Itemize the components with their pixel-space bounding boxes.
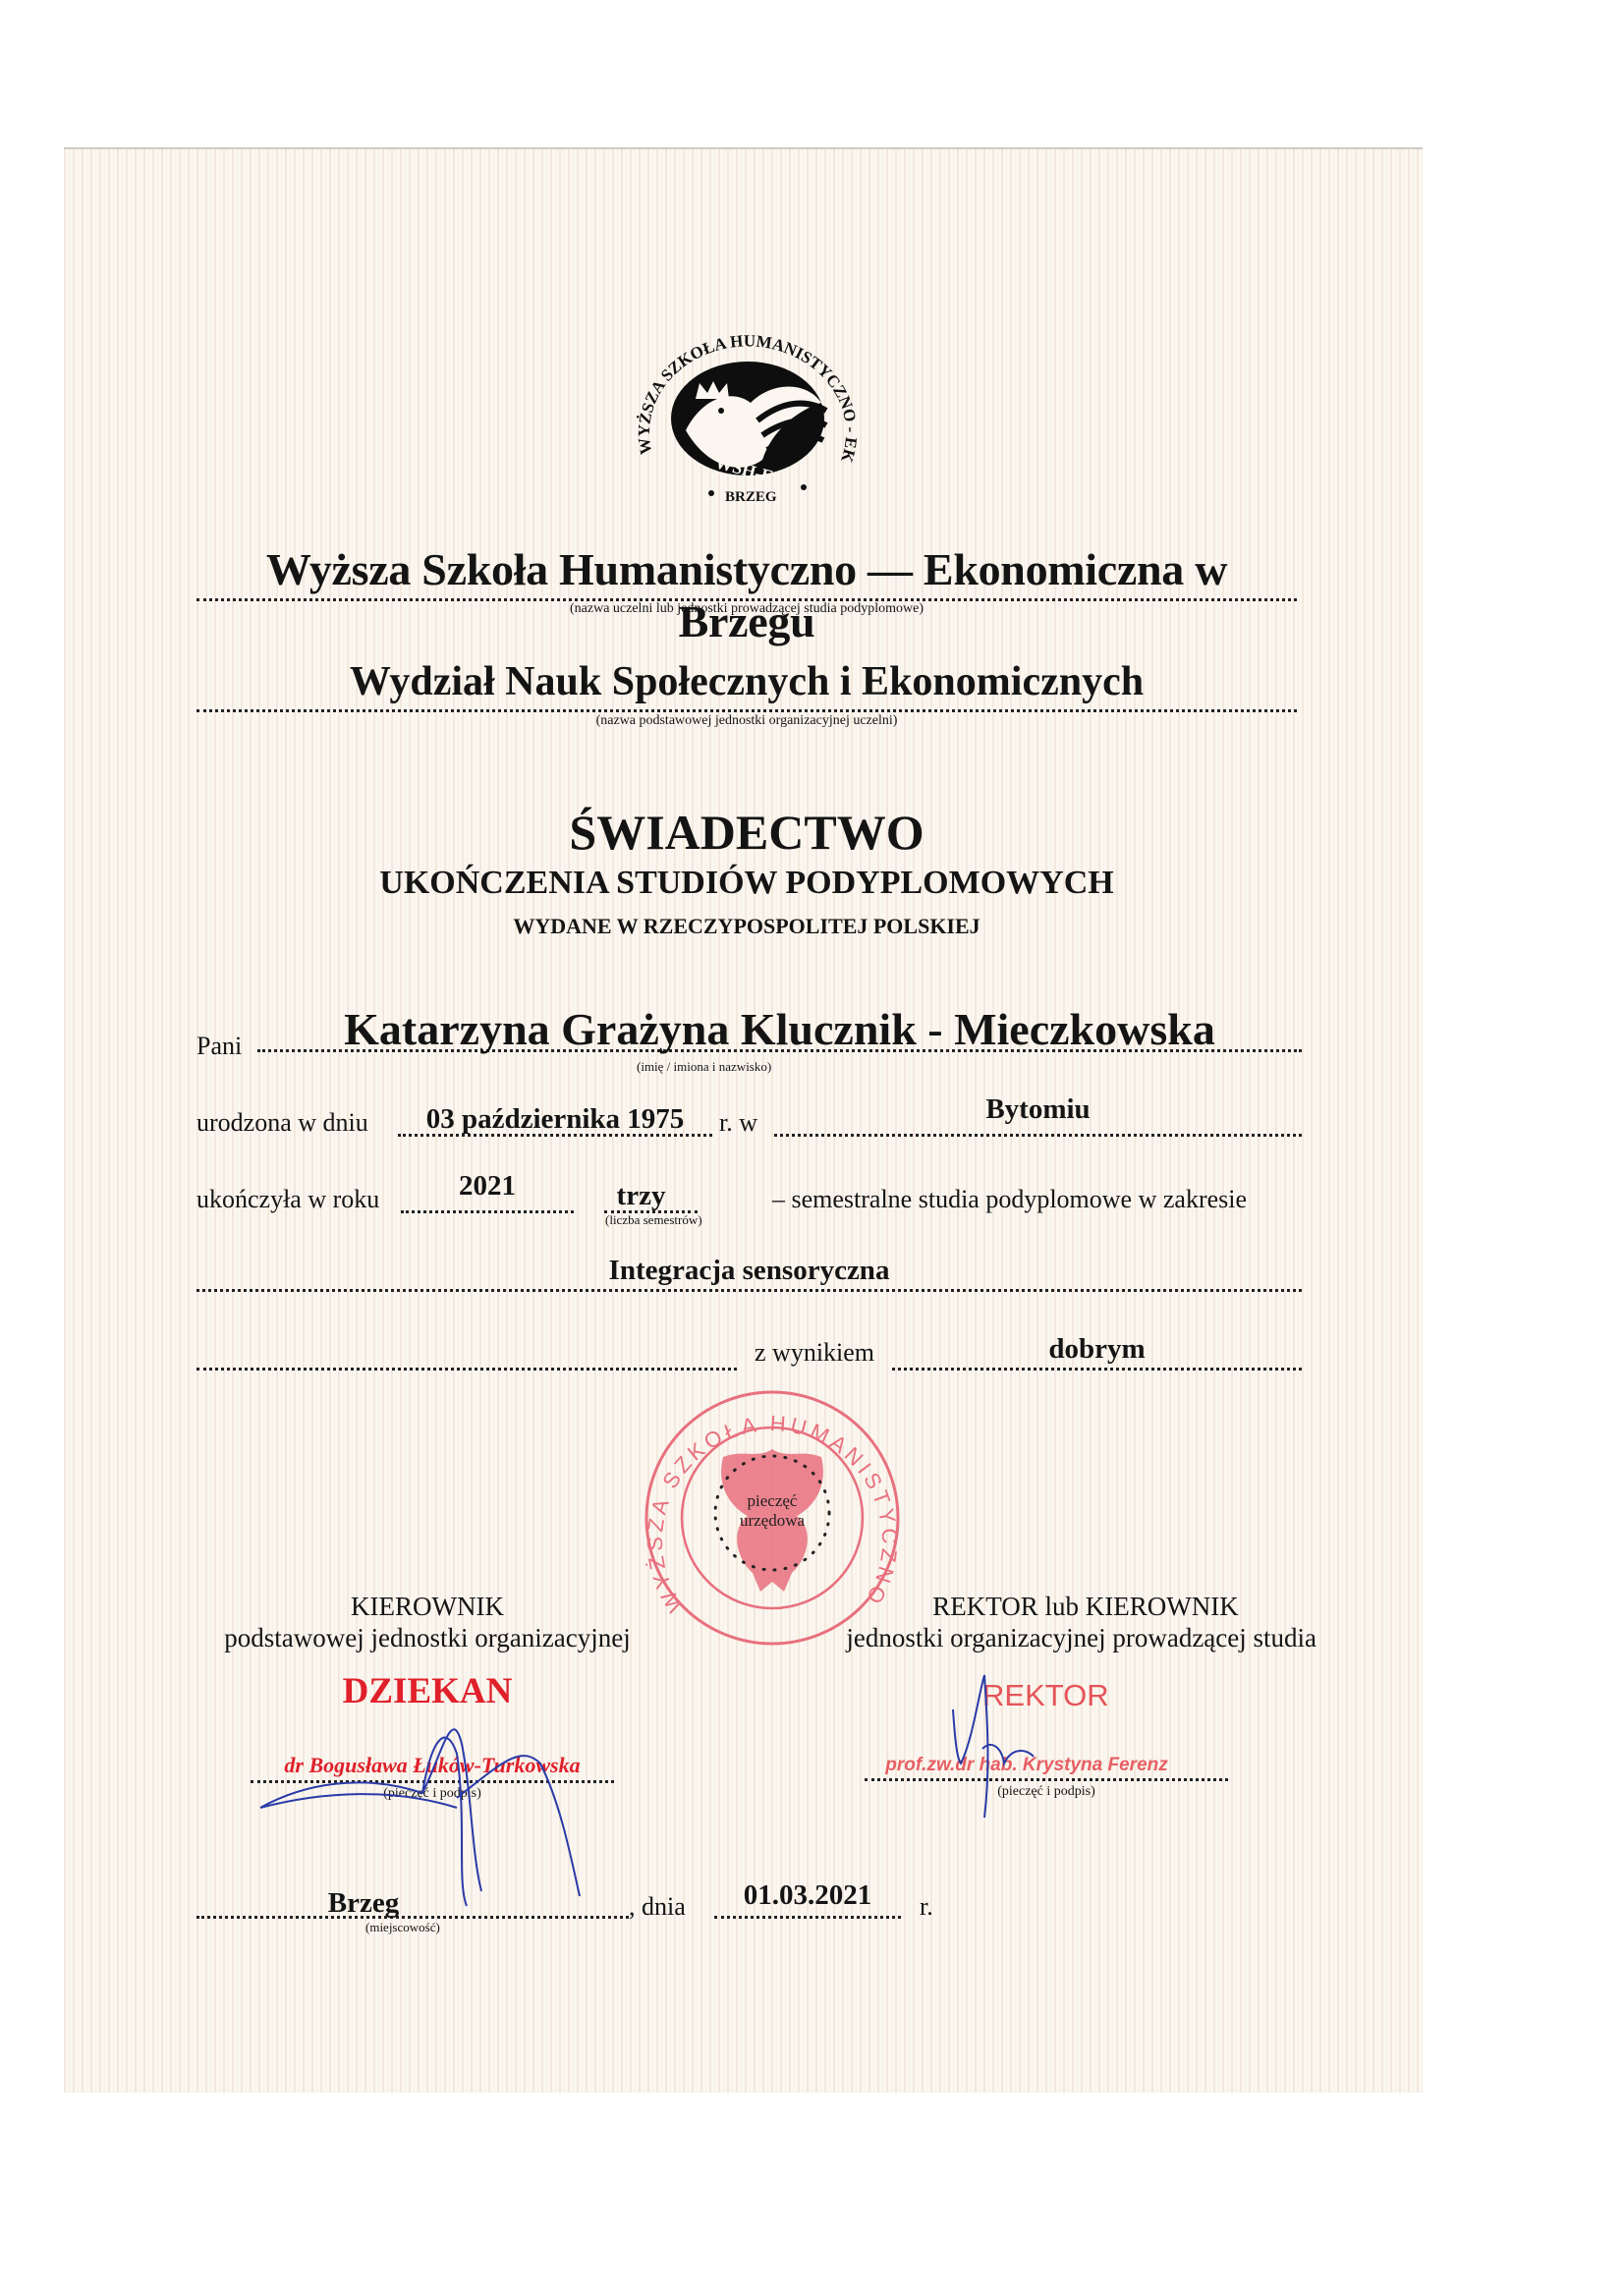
holder-name-field: Katarzyna Grażyna Klucznik - Mieczkowska <box>257 1002 1302 1052</box>
university-name-caption: (nazwa uczelni lub jednostki prowadzącej… <box>196 601 1297 617</box>
issue-date: 01.03.2021 <box>714 1879 901 1912</box>
completion-year-field: 2021 <box>401 1169 574 1213</box>
right-signatory-title: REKTOR lub KIEROWNIK <box>855 1592 1316 1622</box>
svg-text:urzędowa: urzędowa <box>740 1511 806 1530</box>
svg-text:pieczęć: pieczęć <box>748 1491 798 1510</box>
issue-date-suffix: r. <box>920 1892 933 1922</box>
completion-suffix: – semestralne studia podyplomowe w zakre… <box>772 1185 1247 1214</box>
result-prefix: z wynikiem <box>755 1338 874 1368</box>
birth-date: 03 października 1975 <box>398 1103 712 1136</box>
issue-place: Brzeg <box>196 1887 531 1920</box>
issue-place-caption: (miejscowość) <box>365 1920 440 1935</box>
certificate-issued-in: WYDANE W RZECZYPOSPOLITEJ POLSKIEJ <box>196 914 1297 939</box>
field-of-study-line: Integracja sensoryczna <box>196 1248 1302 1292</box>
issue-place-field: Brzeg <box>196 1875 629 1919</box>
dove-with-crown-icon: WYŻSZA SZKOŁA HUMANISTYCZNO - EKONOMICZN… <box>625 312 870 509</box>
university-logo: WYŻSZA SZKOŁA HUMANISTYCZNO - EKONOMICZN… <box>625 312 870 509</box>
result-field: dobrym <box>892 1324 1302 1371</box>
semesters-count: trzy <box>604 1180 678 1212</box>
semesters-field: trzy <box>604 1169 698 1213</box>
birth-place: Bytomiu <box>774 1093 1302 1126</box>
svg-text:BRZEG: BRZEG <box>725 489 777 505</box>
holder-prefix: Pani <box>196 1032 242 1061</box>
issue-date-field: 01.03.2021 <box>714 1875 901 1919</box>
semesters-caption: (liczba semestrów) <box>605 1212 702 1228</box>
faculty-name: Wydział Nauk Społecznych i Ekonomicznych <box>196 658 1297 712</box>
result-value: dobrym <box>892 1333 1302 1366</box>
birth-place-field: Bytomiu <box>774 1092 1302 1137</box>
birth-mid: r. w <box>719 1108 757 1138</box>
field-of-study: Integracja sensoryczna <box>196 1255 1302 1287</box>
faculty-name-caption: (nazwa podstawowej jednostki organizacyj… <box>196 713 1297 729</box>
completion-prefix: ukończyła w roku <box>196 1185 379 1214</box>
holder-name-caption: (imię / imiona i nazwisko) <box>637 1059 771 1075</box>
blank-line <box>196 1328 737 1371</box>
birth-prefix: urodzona w dniu <box>196 1108 368 1138</box>
certificate-title: ŚWIADECTWO <box>196 804 1297 861</box>
certificate-subtitle: UKOŃCZENIA STUDIÓW PODYPLOMOWYCH <box>196 865 1297 902</box>
completion-year: 2021 <box>401 1170 574 1203</box>
left-signatory-title: KIEROWNIK <box>196 1592 658 1622</box>
birth-date-field: 03 października 1975 <box>398 1092 712 1137</box>
left-signatory-subtitle: podstawowej jednostki organizacyjnej <box>196 1623 658 1653</box>
university-name: Wyższa Szkoła Humanistyczno — Ekonomiczn… <box>196 543 1297 601</box>
right-handwritten-signature <box>943 1670 1061 1827</box>
right-signatory-subtitle: jednostki organizacyjnej prowadzącej stu… <box>786 1623 1316 1653</box>
issue-date-prefix: , dnia <box>629 1892 686 1922</box>
holder-name: Katarzyna Grażyna Klucznik - Mieczkowska <box>257 1003 1302 1055</box>
